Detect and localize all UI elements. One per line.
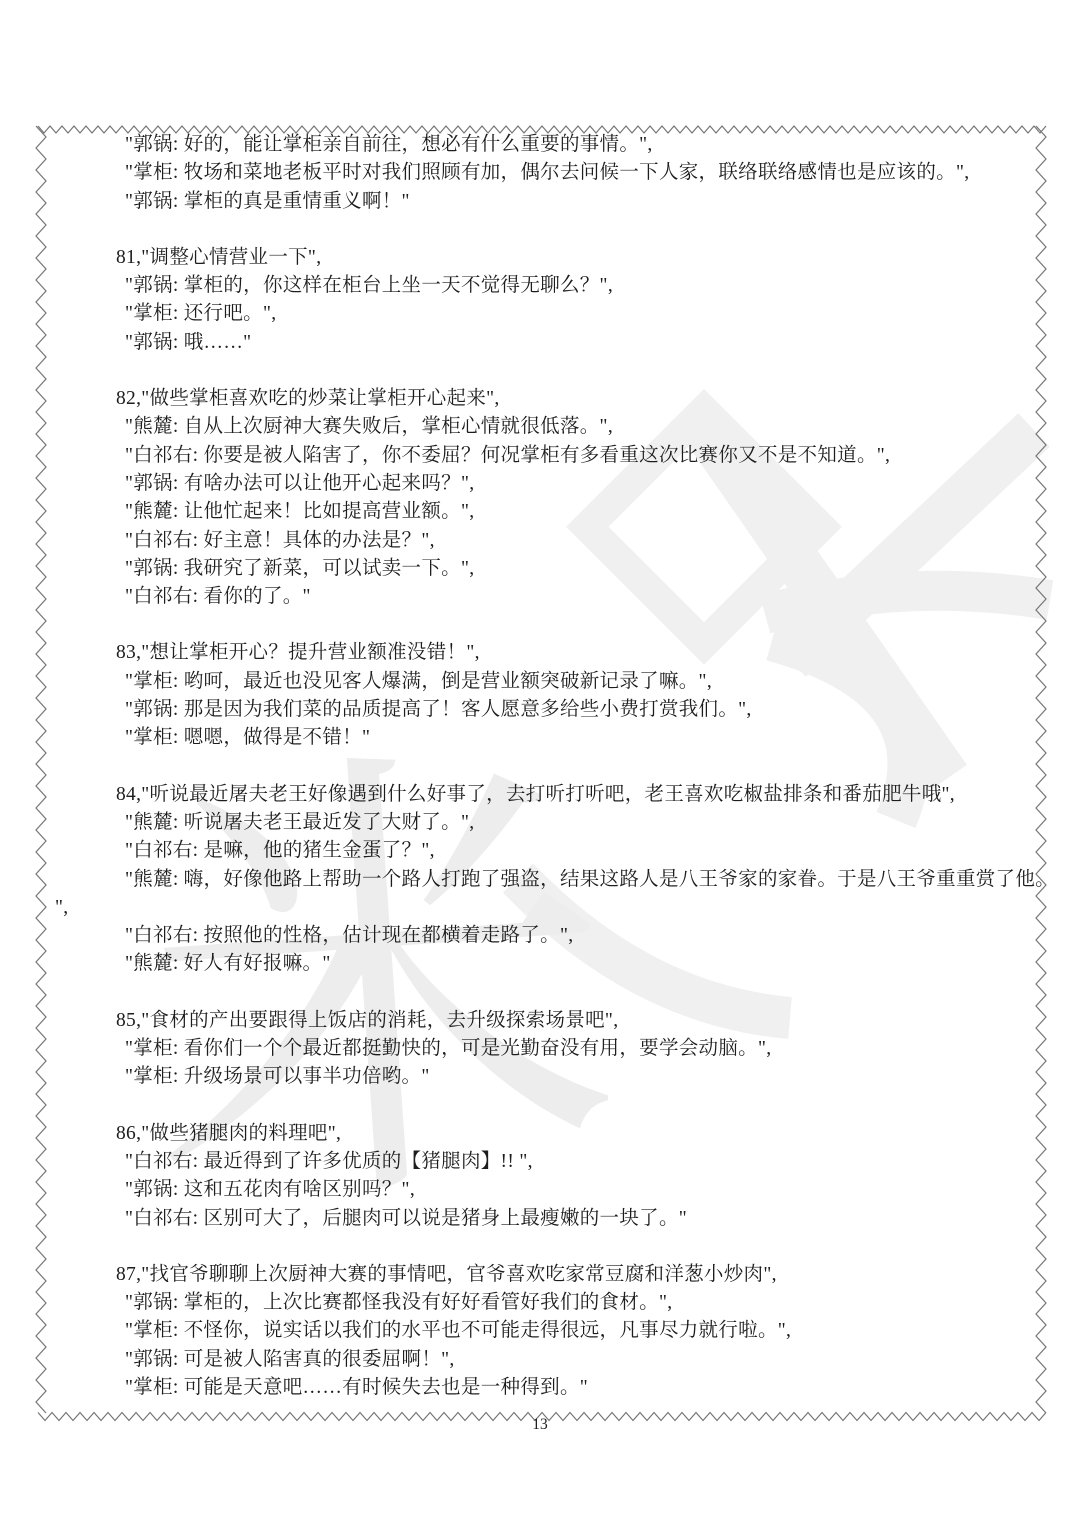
dialogue-section: 87,"找官爷聊聊上次厨神大赛的事情吧，官爷喜欢吃家常豆腐和洋葱小炒肉","郭锅… [116, 1261, 1046, 1402]
dialogue-line: "白祁右: 好主意！具体的办法是？", [116, 527, 1046, 555]
section-heading: 85,"食材的产出要跟得上饭店的消耗，去升级探索场景吧", [116, 1007, 1046, 1035]
section-heading: 81,"调整心情营业一下", [116, 244, 1046, 272]
dialogue-section: 85,"食材的产出要跟得上饭店的消耗，去升级探索场景吧","掌柜: 看你们一个个… [116, 1007, 1046, 1092]
dialogue-line: "熊麓: 自从上次厨神大赛失败后，掌柜心情就很低落。", [116, 413, 1046, 441]
dialogue-line: "郭锅: 哦……" [116, 329, 1046, 357]
dialogue-section: "郭锅: 好的，能让掌柜亲自前往，想必有什么重要的事情。","掌柜: 牧场和菜地… [116, 131, 1046, 216]
section-heading: 83,"想让掌柜开心？提升营业额准没错！", [116, 639, 1046, 667]
dialogue-line: "郭锅: 掌柜的，你这样在柜台上坐一天不觉得无聊么？", [116, 272, 1046, 300]
dialogue-line: "掌柜: 可能是天意吧……有时候失去也是一种得到。" [116, 1374, 1046, 1402]
dialogue-line: "郭锅: 掌柜的真是重情重义啊！" [116, 188, 1046, 216]
dialogue-line: "郭锅: 有啥办法可以让他开心起来吗？", [116, 470, 1046, 498]
section-heading: 82,"做些掌柜喜欢吃的炒菜让掌柜开心起来", [116, 385, 1046, 413]
dialogue-line: "白祁右: 区别可大了，后腿肉可以说是猪身上最瘦嫩的一块了。" [116, 1205, 1046, 1233]
dialogue-line: "白祁右: 是嘛，他的猪生金蛋了？", [116, 837, 1046, 865]
page-number: 13 [0, 1416, 1080, 1434]
dialogue-section: 84,"听说最近屠夫老王好像遇到什么好事了，去打听打听吧，老王喜欢吃椒盐排条和番… [116, 781, 1046, 979]
dialogue-line: "郭锅: 这和五花肉有啥区别吗？", [116, 1176, 1046, 1204]
section-heading: 86,"做些猪腿肉的料理吧", [116, 1120, 1046, 1148]
dialogue-line: "白祁右: 最近得到了许多优质的【猪腿肉】!! ", [116, 1148, 1046, 1176]
document-body: "郭锅: 好的，能让掌柜亲自前往，想必有什么重要的事情。","掌柜: 牧场和菜地… [47, 131, 1046, 1402]
dialogue-line: "掌柜: 嗯嗯，做得是不错！" [116, 724, 1046, 752]
dialogue-line: "郭锅: 可是被人陷害真的很委屈啊！", [116, 1346, 1046, 1374]
dialogue-line: "白祁右: 看你的了。" [116, 583, 1046, 611]
dialogue-line: "掌柜: 看你们一个个最近都挺勤快的，可是光勤奋没有用，要学会动脑。", [116, 1035, 1046, 1063]
document-page: 米 "郭锅: 好的，能让掌柜亲自前往，想必有什么重要的事情。","掌柜: 牧场和… [0, 0, 1080, 1528]
dialogue-line: "郭锅: 那是因为我们菜的品质提高了！客人愿意多给些小费打赏我们。", [116, 696, 1046, 724]
dialogue-line: "熊麓: 让他忙起来！比如提高营业额。", [116, 498, 1046, 526]
dialogue-line: "熊麓: 听说屠夫老王最近发了大财了。", [116, 809, 1046, 837]
dialogue-line: "掌柜: 牧场和菜地老板平时对我们照顾有加，偶尔去问候一下人家，联络联络感情也是… [116, 159, 1046, 187]
dialogue-section: 83,"想让掌柜开心？提升营业额准没错！","掌柜: 哟呵，最近也没见客人爆满，… [116, 639, 1046, 752]
dialogue-section: 86,"做些猪腿肉的料理吧","白祁右: 最近得到了许多优质的【猪腿肉】!! "… [116, 1120, 1046, 1233]
dialogue-line: "郭锅: 掌柜的，上次比赛都怪我没有好好看管好我们的食材。", [116, 1289, 1046, 1317]
dialogue-line: "掌柜: 哟呵，最近也没见客人爆满，倒是营业额突破新记录了嘛。", [116, 668, 1046, 696]
dialogue-line: "白祁右: 你要是被人陷害了，你不委屈？何况掌柜有多看重这次比赛你又不是不知道。… [116, 442, 1046, 470]
dialogue-line: "掌柜: 还行吧。", [116, 300, 1046, 328]
dialogue-section: 81,"调整心情营业一下","郭锅: 掌柜的，你这样在柜台上坐一天不觉得无聊么？… [116, 244, 1046, 357]
dialogue-line: "熊麓: 嗨，好像他路上帮助一个路人打跑了强盗，结果这路人是八王爷家的家眷。于是… [116, 866, 1046, 894]
dialogue-line: "熊麓: 好人有好报嘛。" [116, 950, 1046, 978]
dialogue-section: 82,"做些掌柜喜欢吃的炒菜让掌柜开心起来","熊麓: 自从上次厨神大赛失败后，… [116, 385, 1046, 611]
dialogue-line: "掌柜: 不怪你，说实话以我们的水平也不可能走得很远，凡事尽力就行啦。", [116, 1317, 1046, 1345]
section-heading: 87,"找官爷聊聊上次厨神大赛的事情吧，官爷喜欢吃家常豆腐和洋葱小炒肉", [116, 1261, 1046, 1289]
dialogue-line: "郭锅: 我研究了新菜，可以试卖一下。", [116, 555, 1046, 583]
dialogue-line: "掌柜: 升级场景可以事半功倍哟。" [116, 1063, 1046, 1091]
dialogue-line: "郭锅: 好的，能让掌柜亲自前往，想必有什么重要的事情。", [116, 131, 1046, 159]
dialogue-line-wrapped: ", [46, 894, 1046, 922]
dialogue-line: "白祁右: 按照他的性格，估计现在都横着走路了。", [116, 922, 1046, 950]
zigzag-border-left [36, 126, 46, 1413]
section-heading: 84,"听说最近屠夫老王好像遇到什么好事了，去打听打听吧，老王喜欢吃椒盐排条和番… [116, 781, 1046, 809]
